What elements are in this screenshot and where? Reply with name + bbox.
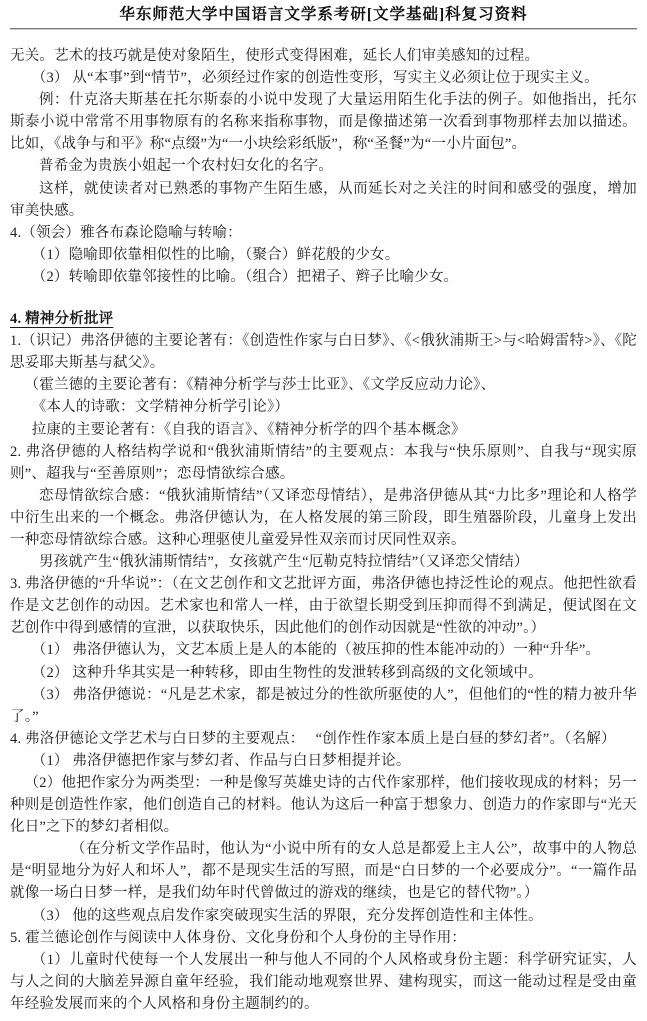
- document-body: 无关。艺术的技巧就是使对象陌生，使形式变得困难，延长人们审美感知的过程。 （3）…: [10, 45, 637, 1015]
- page-title: 华东师范大学中国语言文学系考研[文学基础]科复习资料: [10, 6, 637, 24]
- paragraph: （3） 弗洛伊德说：“凡是艺术家，都是被过分的性欲所驱使的人”，但他们的“性的精…: [10, 684, 637, 728]
- paragraph: （1）儿童时代使每一个人发展出一种与他人不同的个人风格或身份主题：科学研究证实，…: [10, 949, 637, 1015]
- paragraph: 男孩就产生“俄狄浦斯情结”，女孩就产生“厄勒克特拉情结”（又译恋父情结）: [10, 551, 637, 573]
- paragraph: 5. 霍兰德论创作与阅读中人体身份、文化身份和个人身份的主导作用：: [10, 927, 637, 949]
- paragraph: 例：什克洛夫斯基在托尔斯泰的小说中发现了大量运用陌生化手法的例子。如他指出，托尔…: [10, 89, 637, 155]
- paragraph: 1.（识记）弗洛伊德的主要论著有：《创造性作家与白日梦》、《<俄狄浦斯王>与<哈…: [10, 330, 637, 374]
- paragraph: 4.（领会）雅各布森论隐喻与转喻：: [10, 222, 637, 244]
- paragraph: 这样，就使读者对已熟悉的事物产生陌生感，从而延长对之关注的时间和感受的强度，增加…: [10, 178, 637, 222]
- section-heading-text: 4. 精神分析批评: [10, 311, 113, 327]
- title-separator: [10, 28, 637, 30]
- paragraph: 无关。艺术的技巧就是使对象陌生，使形式变得困难，延长人们审美感知的过程。: [10, 45, 637, 67]
- paragraph: 拉康的主要论著有：《自我的语言》、《精神分析学的四个基本概念》: [10, 419, 637, 441]
- paragraph: 普希金为贵族小姐起一个农村妇女化的名字。: [10, 155, 637, 177]
- paragraph: （霍兰德的主要论著有：《精神分析学与莎士比亚》、《文学反应动力论》、: [10, 374, 637, 396]
- paragraph: 4. 弗洛伊德论文学艺术与白日梦的主要观点： “创作性作家本质上是白昼的梦幻者”…: [10, 728, 637, 750]
- paragraph: （在分析文学作品时，他认为“小说中所有的女人总是都爱上主人公”，故事中的人物总是…: [10, 838, 637, 904]
- paragraph: （1） 弗洛伊德把作家与梦幻者、作品与白日梦相提并论。: [10, 750, 637, 772]
- paragraph: （3） 从“本事”到“情节”，必须经过作家的创造性变形，写实主义必须让位于现实主…: [10, 67, 637, 89]
- paragraph: （2）他把作家分为两类型：一种是像写英雄史诗的古代作家那样，他们接收现成的材料；…: [10, 772, 637, 838]
- paragraph: （1）隐喻即依靠相似性的比喻，（聚合）鲜花般的少女。: [10, 244, 637, 266]
- paragraph: 《本人的诗歌：文学精神分析学引论》）: [10, 396, 637, 418]
- paragraph: 2. 弗洛伊德的人格结构学说和“俄狄浦斯情结”的主要观点：本我与“快乐原则”、自…: [10, 441, 637, 485]
- section-heading: 4. 精神分析批评: [10, 308, 637, 330]
- paragraph: 恋母情欲综合感：“俄狄浦斯情结”（又译恋母情结），是弗洛伊德从其“力比多”理论和…: [10, 485, 637, 551]
- paragraph: （2）转喻即依靠邻接性的比喻。（组合）把裙子、辫子比喻少女。: [10, 266, 637, 288]
- paragraph: （2） 这种升华其实是一种转移，即由生物性的发泄转移到高级的文化领域中。: [10, 662, 637, 684]
- paragraph: 3. 弗洛伊德的“升华说”：（在文艺创作和文艺批评方面，弗洛伊德也持泛性论的观点…: [10, 573, 637, 639]
- paragraph: （3） 他的这些观点启发作家突破现实生活的界限，充分发挥创造性和主体性。: [10, 905, 637, 927]
- document-page: 华东师范大学中国语言文学系考研[文学基础]科复习资料 无关。艺术的技巧就是使对象…: [0, 0, 647, 1021]
- paragraph: （1） 弗洛伊德认为，文艺本质上是人的本能的（被压抑的性本能冲动的）一种“升华”…: [10, 639, 637, 661]
